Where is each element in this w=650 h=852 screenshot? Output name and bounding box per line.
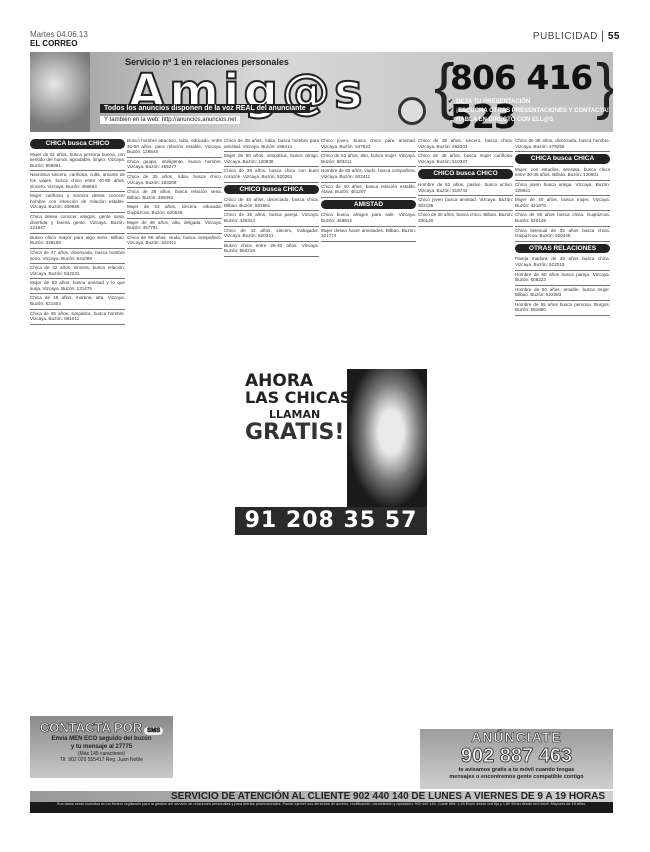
classified-ad: Hombre de 60 años busca pareja. Vizcaya.…	[515, 271, 610, 286]
masthead: Martes 04.06.13 EL CORREO	[30, 30, 88, 48]
classified-ad: Busco hombre atractivo, culto, educado, …	[127, 137, 222, 158]
classified-ad: Mujer de 40 años, busca mujer. Vizcaya. …	[515, 196, 610, 211]
classified-ad: Chica de 47 años, divorciada, busca homb…	[30, 249, 125, 264]
classified-ad: Chica de 35 años, rubia, busca chico. Vi…	[127, 173, 222, 188]
promo-line-4: GRATIS!	[245, 422, 351, 444]
classified-ad: Hombre de 55 años busca persona. Burgos.…	[515, 301, 610, 316]
classified-ad: Chico de 30 años, busca chico. Bilbao. B…	[418, 211, 513, 226]
classified-ad: Chico de 40 años, busca relación estable…	[321, 183, 416, 198]
classified-ad: Chica desea conocer amigos, gente sana, …	[30, 213, 125, 234]
promo-line-2: LAS CHICAS	[245, 390, 351, 406]
section-heading: CHICO busca CHICO	[418, 169, 513, 179]
classified-ad: Chica de 48 años, morena, alta. Vizcaya.…	[30, 294, 125, 309]
classified-ad: Chico joven, busca chica para amistad. V…	[321, 137, 416, 152]
classified-ad: Hombre de 52 años, pasivo, busca activo.…	[418, 181, 513, 196]
classified-ad: Chica joven busca amiga. Vizcaya. Buzón:…	[515, 181, 610, 196]
sms-line-1: Envía MEN ECO seguido del buzón	[30, 735, 173, 743]
classified-ad: Chica de 42 años, sincera, busca relació…	[30, 264, 125, 279]
section-heading: CHICA busca CHICO	[30, 139, 125, 149]
section-name: PUBLICIDAD	[533, 31, 598, 42]
promo-phone: 91 208 35 57	[235, 507, 427, 535]
anunciate-ad: ANÚNCIATE 902 887 463 te avisamos gratis…	[420, 729, 613, 789]
sms-line-2: y tu mensaje al 27775	[30, 743, 173, 751]
sms-title: CONTACTA POR	[40, 720, 142, 735]
classified-ad: Mujer, con estudios, sensata, busca chic…	[515, 166, 610, 181]
voice-note: Todos los anuncios disponen de la voz RE…	[100, 104, 310, 113]
classified-ad: Busco chica entre 25-40 años. Vizcaya. B…	[224, 242, 319, 257]
classified-ad: Chico de 38 años, busca pareja. Vizcaya.…	[224, 211, 319, 226]
page-number: 55	[602, 31, 620, 42]
classified-ad: Chico de 42 años, sincero, trabajador. V…	[224, 227, 319, 242]
promo-line-3: LLAMAN	[269, 409, 351, 420]
classified-ad: Chica de 55 años, simpática, busca hombr…	[30, 310, 125, 325]
classified-ad: Chica de 38 años, busca chico con buen c…	[224, 167, 319, 182]
classified-ad: Mujer de 53 años, sincera, educada. Guip…	[127, 203, 222, 218]
classified-ad: Chico de 35 años, sincero, busca chica. …	[418, 137, 513, 152]
seal-icon	[398, 97, 426, 125]
sms-bubble-icon: SMS	[144, 727, 163, 735]
newspaper-name: EL CORREO	[30, 39, 88, 48]
check-icon: ✔	[448, 117, 453, 123]
classified-ad: Chica de 38 años, rubia, busca hombre pa…	[224, 137, 319, 152]
classified-ad: Mujer de 45 años, alta, delgada. Vizcaya…	[127, 219, 222, 234]
section-heading: CHICO busca CHICA	[224, 185, 319, 195]
sms-contact-ad: CONTACTA PORSMS Envía MEN ECO seguido de…	[30, 716, 173, 778]
column-2: Busco hombre atractivo, culto, educado, …	[127, 137, 222, 777]
check-icon: ✔	[448, 99, 453, 105]
woman-photo	[347, 369, 427, 509]
classified-ad: Busco chico mayor para algo serio. Bilba…	[30, 234, 125, 249]
classified-ad: Neurótica sincera, cariñosa, culta, aman…	[30, 171, 125, 192]
anunciate-phone: 902 887 463	[420, 745, 613, 767]
customer-service-footer: SERVICIO DE ATENCIÓN AL CLIENTE 902 440 …	[30, 791, 613, 813]
classified-ad: Mujer cariñosa y sincera desea conocer h…	[30, 192, 125, 213]
amigos-banner: Servicio nº 1 en relaciones personales A…	[30, 52, 613, 132]
chicas-gratis-ad: AHORA LAS CHICAS LLAMAN GRATIS! 91 208 3…	[235, 369, 427, 535]
classified-ad: Mujer de 50 años, simpática, busca amigo…	[224, 152, 319, 167]
classified-ad: Hombre de 60 años, viudo, busca compañer…	[321, 167, 416, 182]
section-label: PUBLICIDAD55	[533, 31, 620, 42]
anunciate-line-2: mensajes o encontremos gente compatible …	[420, 774, 613, 781]
section-heading: AMISTAD	[321, 200, 416, 210]
classified-ad: Chico de 45 años, divorciado, busca chic…	[224, 196, 319, 211]
footer-title: SERVICIO DE ATENCIÓN AL CLIENTE 902 440 …	[30, 791, 613, 802]
classified-ad: Mujer desea hacer amistades. Bilbao. Buz…	[321, 227, 416, 242]
issue-date: Martes 04.06.13	[30, 30, 88, 39]
classified-ad: Chica de 28 años, busca relación seria. …	[127, 188, 222, 203]
couple-photo	[30, 52, 90, 132]
classified-ad: Mujer de 51 años, busca persona buena, c…	[30, 151, 125, 172]
anunciate-title: ANÚNCIATE	[420, 729, 613, 745]
footer-legal: Sus datos serán incluidos en un fichero …	[30, 802, 613, 806]
anunciate-line-1: te avisamos gratis a tu móvil cuando ten…	[420, 767, 613, 774]
classified-ad: Hombre de 50 años, amable, busca mujer. …	[515, 286, 610, 301]
classified-ad: Chico joven busca amistad. Vizcaya. Buzó…	[418, 196, 513, 211]
classified-ad: Mujer de 53 años, busca amistad y lo que…	[30, 279, 125, 294]
sms-footnote: Tlf. 902 020 555417 Reg. Juan Noble	[30, 757, 173, 763]
classified-ad: Chica de 55 años busca chica. Guipúzcoa.…	[515, 211, 610, 226]
classified-ad: Chica bisexual de 35 años busca chica. G…	[515, 227, 610, 242]
classified-ad: Chico de 45 años, busca mujer cariñosa. …	[418, 152, 513, 167]
check-icon: ✔	[448, 108, 453, 114]
section-heading: OTRAS RELACIONES	[515, 244, 610, 254]
classified-ad: Chico de 52 años, alto, busca mujer. Viz…	[321, 152, 416, 167]
web-note: Y también en la web: http://anuncios.anu…	[100, 116, 240, 124]
section-heading: CHICA busca CHICA	[515, 154, 610, 164]
classified-ad: Pareja madura de 49 años busca chica. Vi…	[515, 255, 610, 270]
classified-ad: Chica busca amigos para salir. Vizcaya. …	[321, 211, 416, 226]
feature-checklist: ✔DEJA TU PRESENTACIÓN ✔¡ESCUCHA OTRAS PR…	[448, 98, 609, 125]
classified-ad: Chica de 56 años, viuda, busca compañero…	[127, 234, 222, 249]
classified-ad: Chica guapa, inteligente, busca hombre. …	[127, 158, 222, 173]
column-5: Chico de 35 años, sincero, busca chica. …	[418, 137, 513, 777]
column-1: CHICA busca CHICOMujer de 51 años, busca…	[30, 137, 125, 777]
classified-ad: Chica de 39 años, divorciada, busca homb…	[515, 137, 610, 152]
classified-columns: CHICA busca CHICOMujer de 51 años, busca…	[30, 137, 613, 777]
column-6: Chica de 39 años, divorciada, busca homb…	[515, 137, 610, 777]
